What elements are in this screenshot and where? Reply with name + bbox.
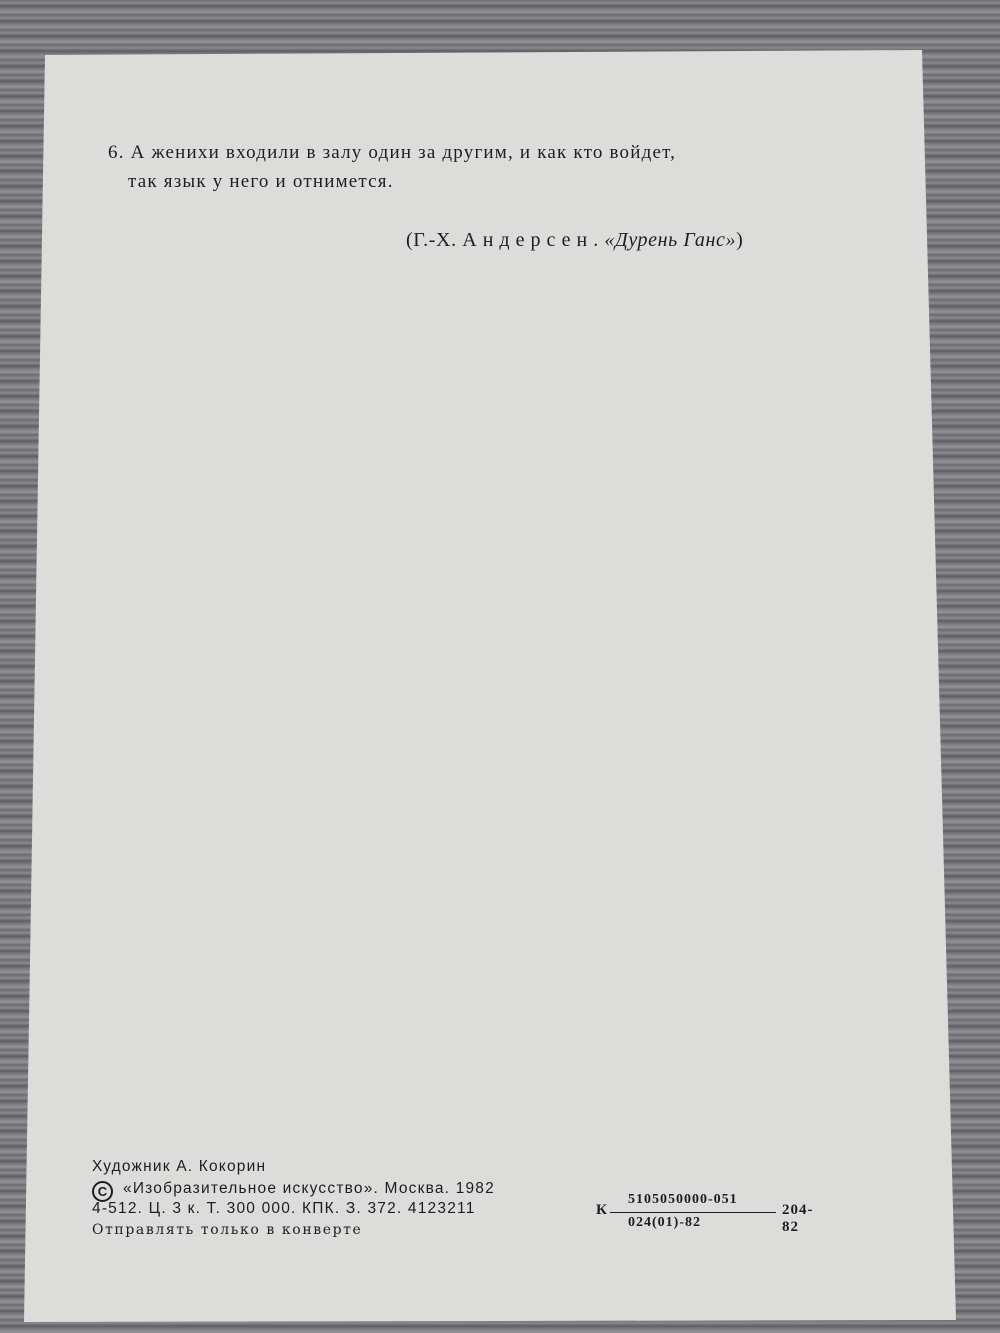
catalog-denominator: 024(01)-82 [628, 1215, 701, 1231]
catalog-numerator: 5105050000-051 [628, 1192, 738, 1208]
artist-credit: Художник А. Кокорин [92, 1158, 266, 1176]
attribution: (Г.-Х. Андерсен. «Дурень Ганс») [406, 229, 743, 252]
attribution-sep: . [593, 229, 604, 251]
author-name: Андерсен [462, 229, 593, 251]
caption-line-2: так язык у него и отнимется. [128, 171, 394, 193]
copyright-icon: C [92, 1181, 113, 1202]
postcard-back [0, 0, 1000, 1333]
catalog-prefix: К [596, 1202, 608, 1219]
mailing-note: Отправлять только в конверте [92, 1222, 362, 1238]
story-title: «Дурень Ганс» [604, 229, 736, 251]
attribution-close: ) [736, 229, 743, 251]
attribution-open: (Г.-Х. [406, 229, 462, 251]
catalog-suffix: 204-82 [782, 1202, 814, 1236]
caption-line-1: 6. А женихи входили в залу один за други… [108, 142, 676, 164]
print-info: 4-512. Ц. 3 к. Т. 300 000. КПК. З. 372. … [92, 1200, 476, 1218]
fraction-bar [610, 1212, 776, 1213]
publisher: «Изобразительное искусство». Москва. 198… [123, 1180, 495, 1197]
publisher-line: C«Изобразительное искусство». Москва. 19… [92, 1180, 495, 1202]
